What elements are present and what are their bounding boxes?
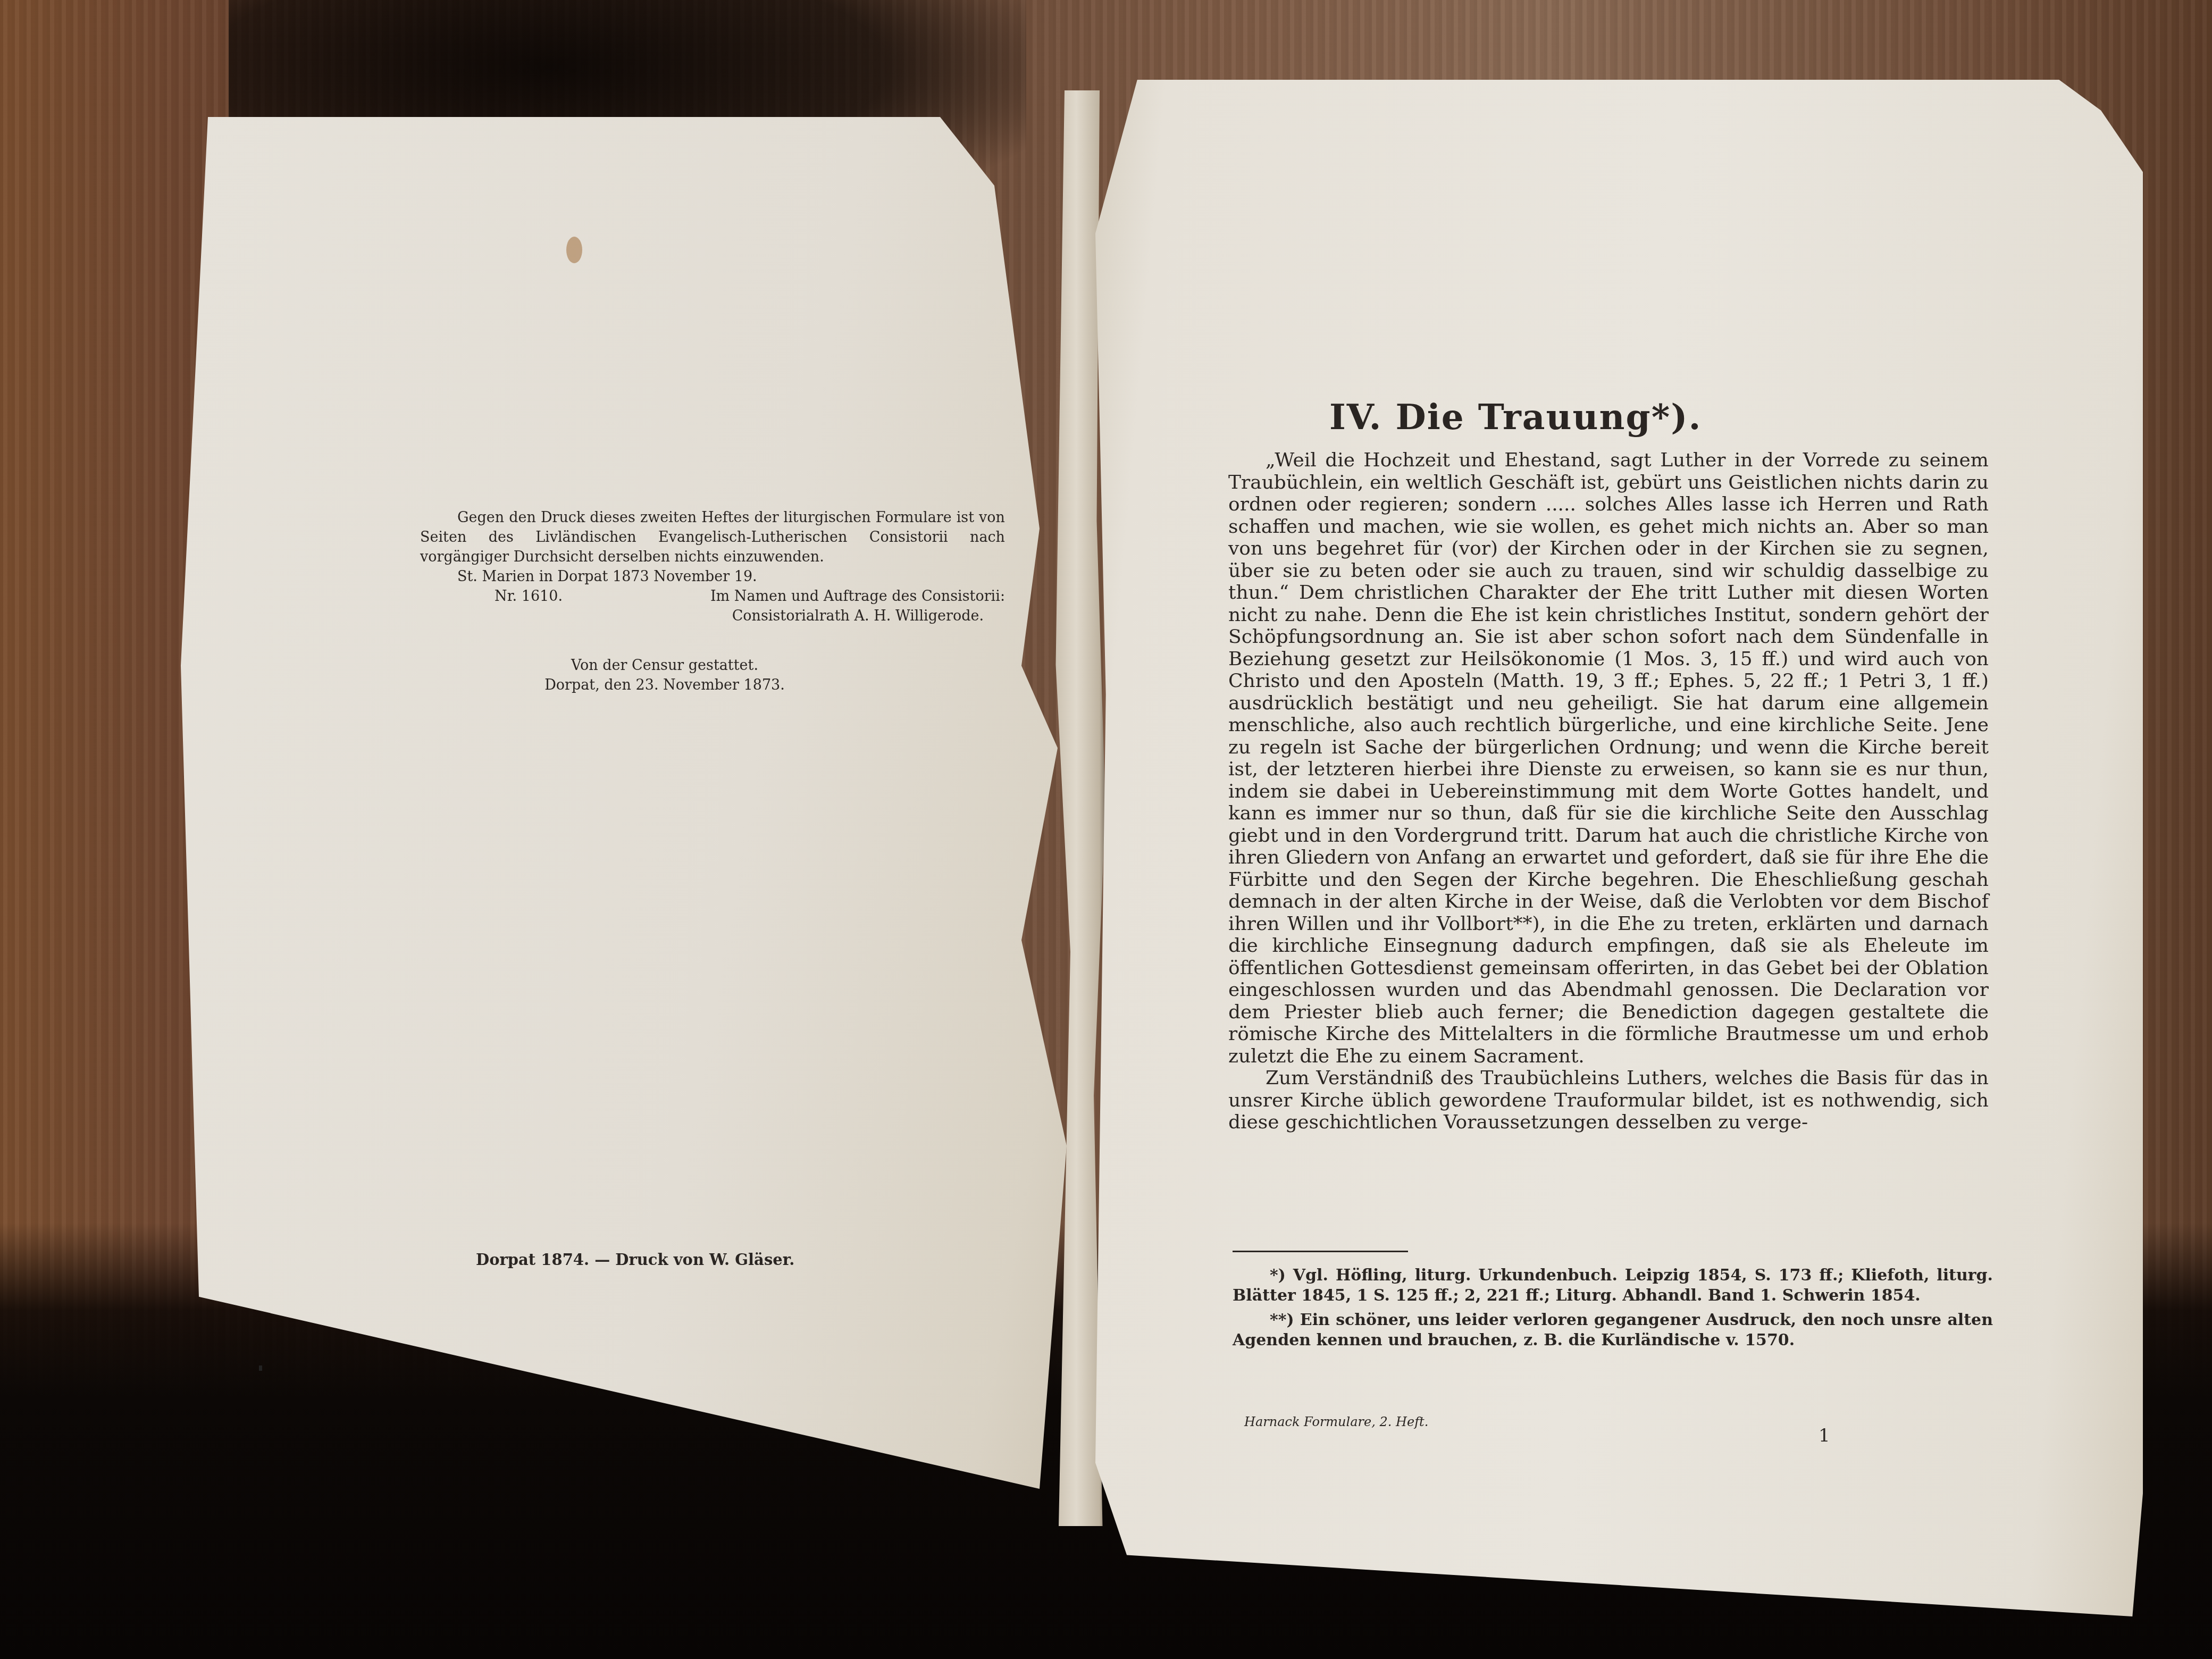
footnote-2: **) Ein schöner, uns leider verloren geg… xyxy=(1233,1310,1993,1351)
approval-number: Nr. 1610. xyxy=(495,586,563,606)
printer-line: Dorpat 1874. — Druck von W. Gläser. xyxy=(476,1251,794,1269)
foxing-stain xyxy=(566,237,582,263)
footnote-rule xyxy=(1233,1251,1408,1252)
left-page xyxy=(181,117,1085,1489)
censorship-imprint: Gegen den Druck dieses zweiten Heftes de… xyxy=(420,508,1005,695)
chapter-body: „Weil die Hochzeit und Ehestand, sagt Lu… xyxy=(1228,449,1989,1134)
censor-line-2: Dorpat, den 23. November 1873. xyxy=(324,675,1005,695)
approval-place-date: St. Marien in Dorpat 1873 November 19. xyxy=(420,567,1005,586)
footnotes: *) Vgl. Höfling, liturg. Urkundenbuch. L… xyxy=(1233,1266,1993,1351)
approval-paragraph: Gegen den Druck dieses zweiten Heftes de… xyxy=(420,508,1005,567)
chapter-title: IV. Die Trauung*). xyxy=(1329,396,1861,438)
censor-line-1: Von der Censur gestattet. xyxy=(324,656,1005,675)
footnote-1: *) Vgl. Höfling, liturg. Urkundenbuch. L… xyxy=(1233,1266,1993,1306)
page-number: 1 xyxy=(1819,1425,1830,1446)
signature-mark: Harnack Formulare, 2. Heft. xyxy=(1244,1414,1428,1429)
body-paragraph: Zum Verständniß des Traubüchleins Luther… xyxy=(1228,1067,1989,1134)
approval-authority: Im Namen und Auftrage des Consistorii: xyxy=(710,586,1005,606)
ink-speck xyxy=(259,1365,262,1371)
approval-signatory: Consistorialrath A. H. Willigerode. xyxy=(420,606,1005,626)
body-paragraph: „Weil die Hochzeit und Ehestand, sagt Lu… xyxy=(1228,449,1989,1067)
